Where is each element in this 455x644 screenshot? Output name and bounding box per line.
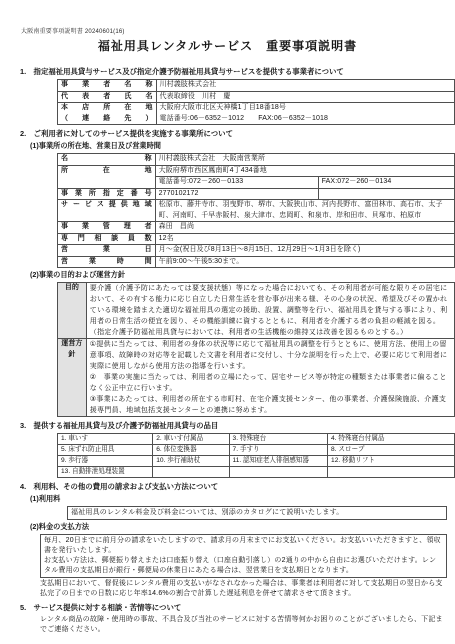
item-cell [229, 467, 328, 478]
table-cell-empty [318, 188, 454, 200]
table-row: 本 店 所 在 地 （ 連 絡 先 ） 大阪府大阪市北区天神橋1丁目18番18号… [58, 103, 455, 125]
table-cell-value: 大阪府大阪市北区天神橋1丁目18番18号 電話番号:06－6352－1012 F… [156, 103, 455, 125]
policy-item: ③事業にあたっては、利用者の所在する市町村、在宅介護支援センター、他の事業者、介… [90, 394, 451, 416]
table-cell-value: 川村義肢株式会社 [156, 80, 455, 92]
value-line: 大阪府大阪市北区天神橋1丁目18番18号 [160, 103, 452, 114]
table-cell-label: 営 業 日 [58, 245, 156, 257]
table-row: 9. 歩行器 10. 歩行補助杖 11. 認知症老人徘徊感知器 12. 移動リフ… [58, 456, 455, 467]
table-cell-label: 目的 [58, 283, 87, 339]
table-cell-label: 名 称 [58, 154, 156, 166]
label-line: （ 連 絡 先 ） [61, 114, 153, 125]
table-cell-value: 大阪府堺市西区鳳南町4丁434番地 [155, 165, 454, 177]
table-row: 目的 要介護（介護予防にあたっては要支援状態）等になった場合においても、その利用… [58, 283, 455, 339]
table-cell-value: 2770102172 [155, 188, 318, 200]
policy-item: ② 事業の実施に当たっては、利用者の立場にたって、居宅サービス等が特定の種類また… [90, 372, 451, 394]
page-title: 福祉用具レンタルサービス 重要事項説明書 [0, 37, 455, 54]
item-cell: 13. 自動排泄処理装置 [58, 467, 153, 478]
items-table: 1. 車いす 2. 車いす付属品 3. 特殊寝台 4. 特殊寝台付属品 5. 床… [57, 433, 455, 478]
table-row: 代 表 者 氏 名 代表取締役 川村 慶 [58, 91, 455, 103]
section-5-heading: 5. サービス提供に対する相談・苦情等について [20, 602, 455, 613]
table-cell-value: 月～金(祝日及び8月13日～8月15日、12月29日～1月3日を除く) [155, 245, 454, 257]
item-cell: 9. 歩行器 [58, 456, 153, 467]
item-cell: 11. 認知症老人徘徊感知器 [229, 456, 328, 467]
section-4-sub1-heading: (1)利用料 [30, 494, 455, 504]
table-cell-label: 代 表 者 氏 名 [58, 91, 157, 103]
table-row: 事 業 者 名 称 川村義肢株式会社 [58, 80, 455, 92]
table-cell-value: 松原市、藤井寺市、羽曳野市、堺市、大阪狭山市、河内長野市、富田林市、高石市、太子… [155, 200, 454, 222]
item-cell: 8. スロープ [328, 445, 455, 456]
item-cell: 12. 移動リフト [328, 456, 455, 467]
table-row: 運営方針 ①提供に当たっては、利用者の身体の状況等に応じて福祉用具の調整を行うと… [58, 339, 455, 417]
item-cell: 6. 体位変換器 [153, 445, 229, 456]
policy-item: ①提供に当たっては、利用者の身体の状況等に応じて福祉用具の調整を行うとともに、使… [90, 339, 451, 372]
table-row: 専 門 相 談 員 数 12名 [58, 233, 455, 245]
section-5-body: レンタル商品の故障・使用時の事故、不具合及び当社のサービスに対する苦情等何かお困… [40, 615, 446, 635]
table-cell-value: ①提供に当たっては、利用者の身体の状況等に応じて福祉用具の調整を行うとともに、使… [86, 339, 454, 417]
fax-cell: FAX:072－260－0134 [318, 177, 454, 189]
section-1-heading: 1. 指定福祉用具貸与サービス及び指定介護予防福祉用具貸与サービスを提供する事業… [20, 66, 455, 77]
table-cell-label: 所 在 地 [58, 165, 156, 188]
table-row: 13. 自動排泄処理装置 [58, 467, 455, 478]
fee-box: 福祉用具のレンタル料金及び料金については、別添のカタログにて説明いたします。 [67, 506, 447, 520]
section-2-heading: 2. ご利用者に対してのサービス提供を実施する事業所について [20, 128, 455, 139]
table-cell-label: 運営方針 [58, 339, 87, 417]
table-cell-label: 事 業 所 指 定 番 号 [58, 188, 156, 200]
item-cell [153, 467, 229, 478]
document-content: 1. 指定福祉用具貸与サービス及び指定介護予防福祉用具貸与サービスを提供する事業… [0, 63, 455, 635]
office-table: 名 称 川村義肢株式会社 大阪南営業所 所 在 地 大阪府堺市西区鳳南町4丁43… [57, 153, 455, 268]
table-cell-value: 川村義肢株式会社 大阪南営業所 [155, 154, 454, 166]
section-3-heading: 3. 提供する福祉用具貸与及び介護予防福祉用具貸与の品目 [20, 420, 455, 431]
item-cell: 5. 床ずれ防止用具 [58, 445, 153, 456]
table-row: 事 業 管 理 者 森田 昌尚 [58, 222, 455, 234]
document-page: 大阪南重要事項説明書 20240601(16) 福祉用具レンタルサービス 重要事… [0, 0, 455, 644]
value-line: 電話番号:06－6352－1012 FAX:06－6352－1018 [160, 114, 452, 125]
late-payment-note: 支払期日において、督促後にレンタル費用の支払いがなされなかった場合は、事業者は利… [40, 579, 446, 599]
table-cell-label: 営 業 時 間 [58, 256, 156, 268]
table-row: サービス提供地域 松原市、藤井寺市、羽曳野市、堺市、大阪狭山市、河内長野市、富田… [58, 200, 455, 222]
table-row: 所 在 地 大阪府堺市西区鳳南町4丁434番地 [58, 165, 455, 177]
policy-table: 目的 要介護（介護予防にあたっては要支援状態）等になった場合においても、その利用… [57, 282, 455, 417]
document-reference: 大阪南重要事項説明書 20240601(16) [21, 26, 125, 35]
table-cell-label: 本 店 所 在 地 （ 連 絡 先 ） [58, 103, 157, 125]
payment-box: 毎月、20日までに前月分の請求をいたしますので、請求月の月末までにお支払いくださ… [40, 534, 447, 578]
table-row: 名 称 川村義肢株式会社 大阪南営業所 [58, 154, 455, 166]
table-cell-label: サービス提供地域 [58, 200, 156, 222]
label-line: 本 店 所 在 地 [61, 103, 153, 114]
table-row: 営 業 時 間 午前9:00～午後5:30まで。 [58, 256, 455, 268]
item-cell: 3. 特殊寝台 [229, 434, 328, 445]
table-cell-label: 事 業 者 名 称 [58, 80, 157, 92]
item-cell: 4. 特殊寝台付属品 [328, 434, 455, 445]
item-cell: 2. 車いす付属品 [153, 434, 229, 445]
table-cell-value: 12名 [155, 233, 454, 245]
section-2-sub1-heading: (1)事業所の所在地、営業日及び営業時間 [30, 141, 455, 151]
table-row: 事 業 所 指 定 番 号 2770102172 [58, 188, 455, 200]
table-cell-label: 事 業 管 理 者 [58, 222, 156, 234]
payment-paragraph: お支払い方法は、郵便振り替えまたは口座振り替え（口座自動引落し）の2通りの中から… [44, 556, 443, 576]
section-4-sub2-heading: (2)料金の支払方法 [30, 522, 455, 532]
table-cell-value: 午前9:00～午後5:30まで。 [155, 256, 454, 268]
section-4-heading: 4. 利用料、その他の費用の請求および支払い方法について [20, 481, 455, 492]
item-cell: 10. 歩行補助杖 [153, 456, 229, 467]
item-cell: 7. 手すり [229, 445, 328, 456]
item-cell [328, 467, 455, 478]
table-row: 5. 床ずれ防止用具 6. 体位変換器 7. 手すり 8. スロープ [58, 445, 455, 456]
payment-paragraph: 毎月、20日までに前月分の請求をいたしますので、請求月の月末までにお支払いくださ… [44, 536, 443, 556]
table-cell-label: 専 門 相 談 員 数 [58, 233, 156, 245]
section-2-sub2-heading: (2)事業の目的および運営方針 [30, 270, 455, 280]
phone-cell: 電話番号:072－260－0133 [155, 177, 318, 189]
table-cell-value: 要介護（介護予防にあたっては要支援状態）等になった場合においても、その利用者が可… [86, 283, 454, 339]
table-cell-value: 森田 昌尚 [155, 222, 454, 234]
item-cell: 1. 車いす [58, 434, 153, 445]
table-cell-value: 代表取締役 川村 慶 [156, 91, 455, 103]
table-row: 営 業 日 月～金(祝日及び8月13日～8月15日、12月29日～1月3日を除く… [58, 245, 455, 257]
table-row: 1. 車いす 2. 車いす付属品 3. 特殊寝台 4. 特殊寝台付属品 [58, 434, 455, 445]
provider-table: 事 業 者 名 称 川村義肢株式会社 代 表 者 氏 名 代表取締役 川村 慶 … [57, 79, 455, 125]
